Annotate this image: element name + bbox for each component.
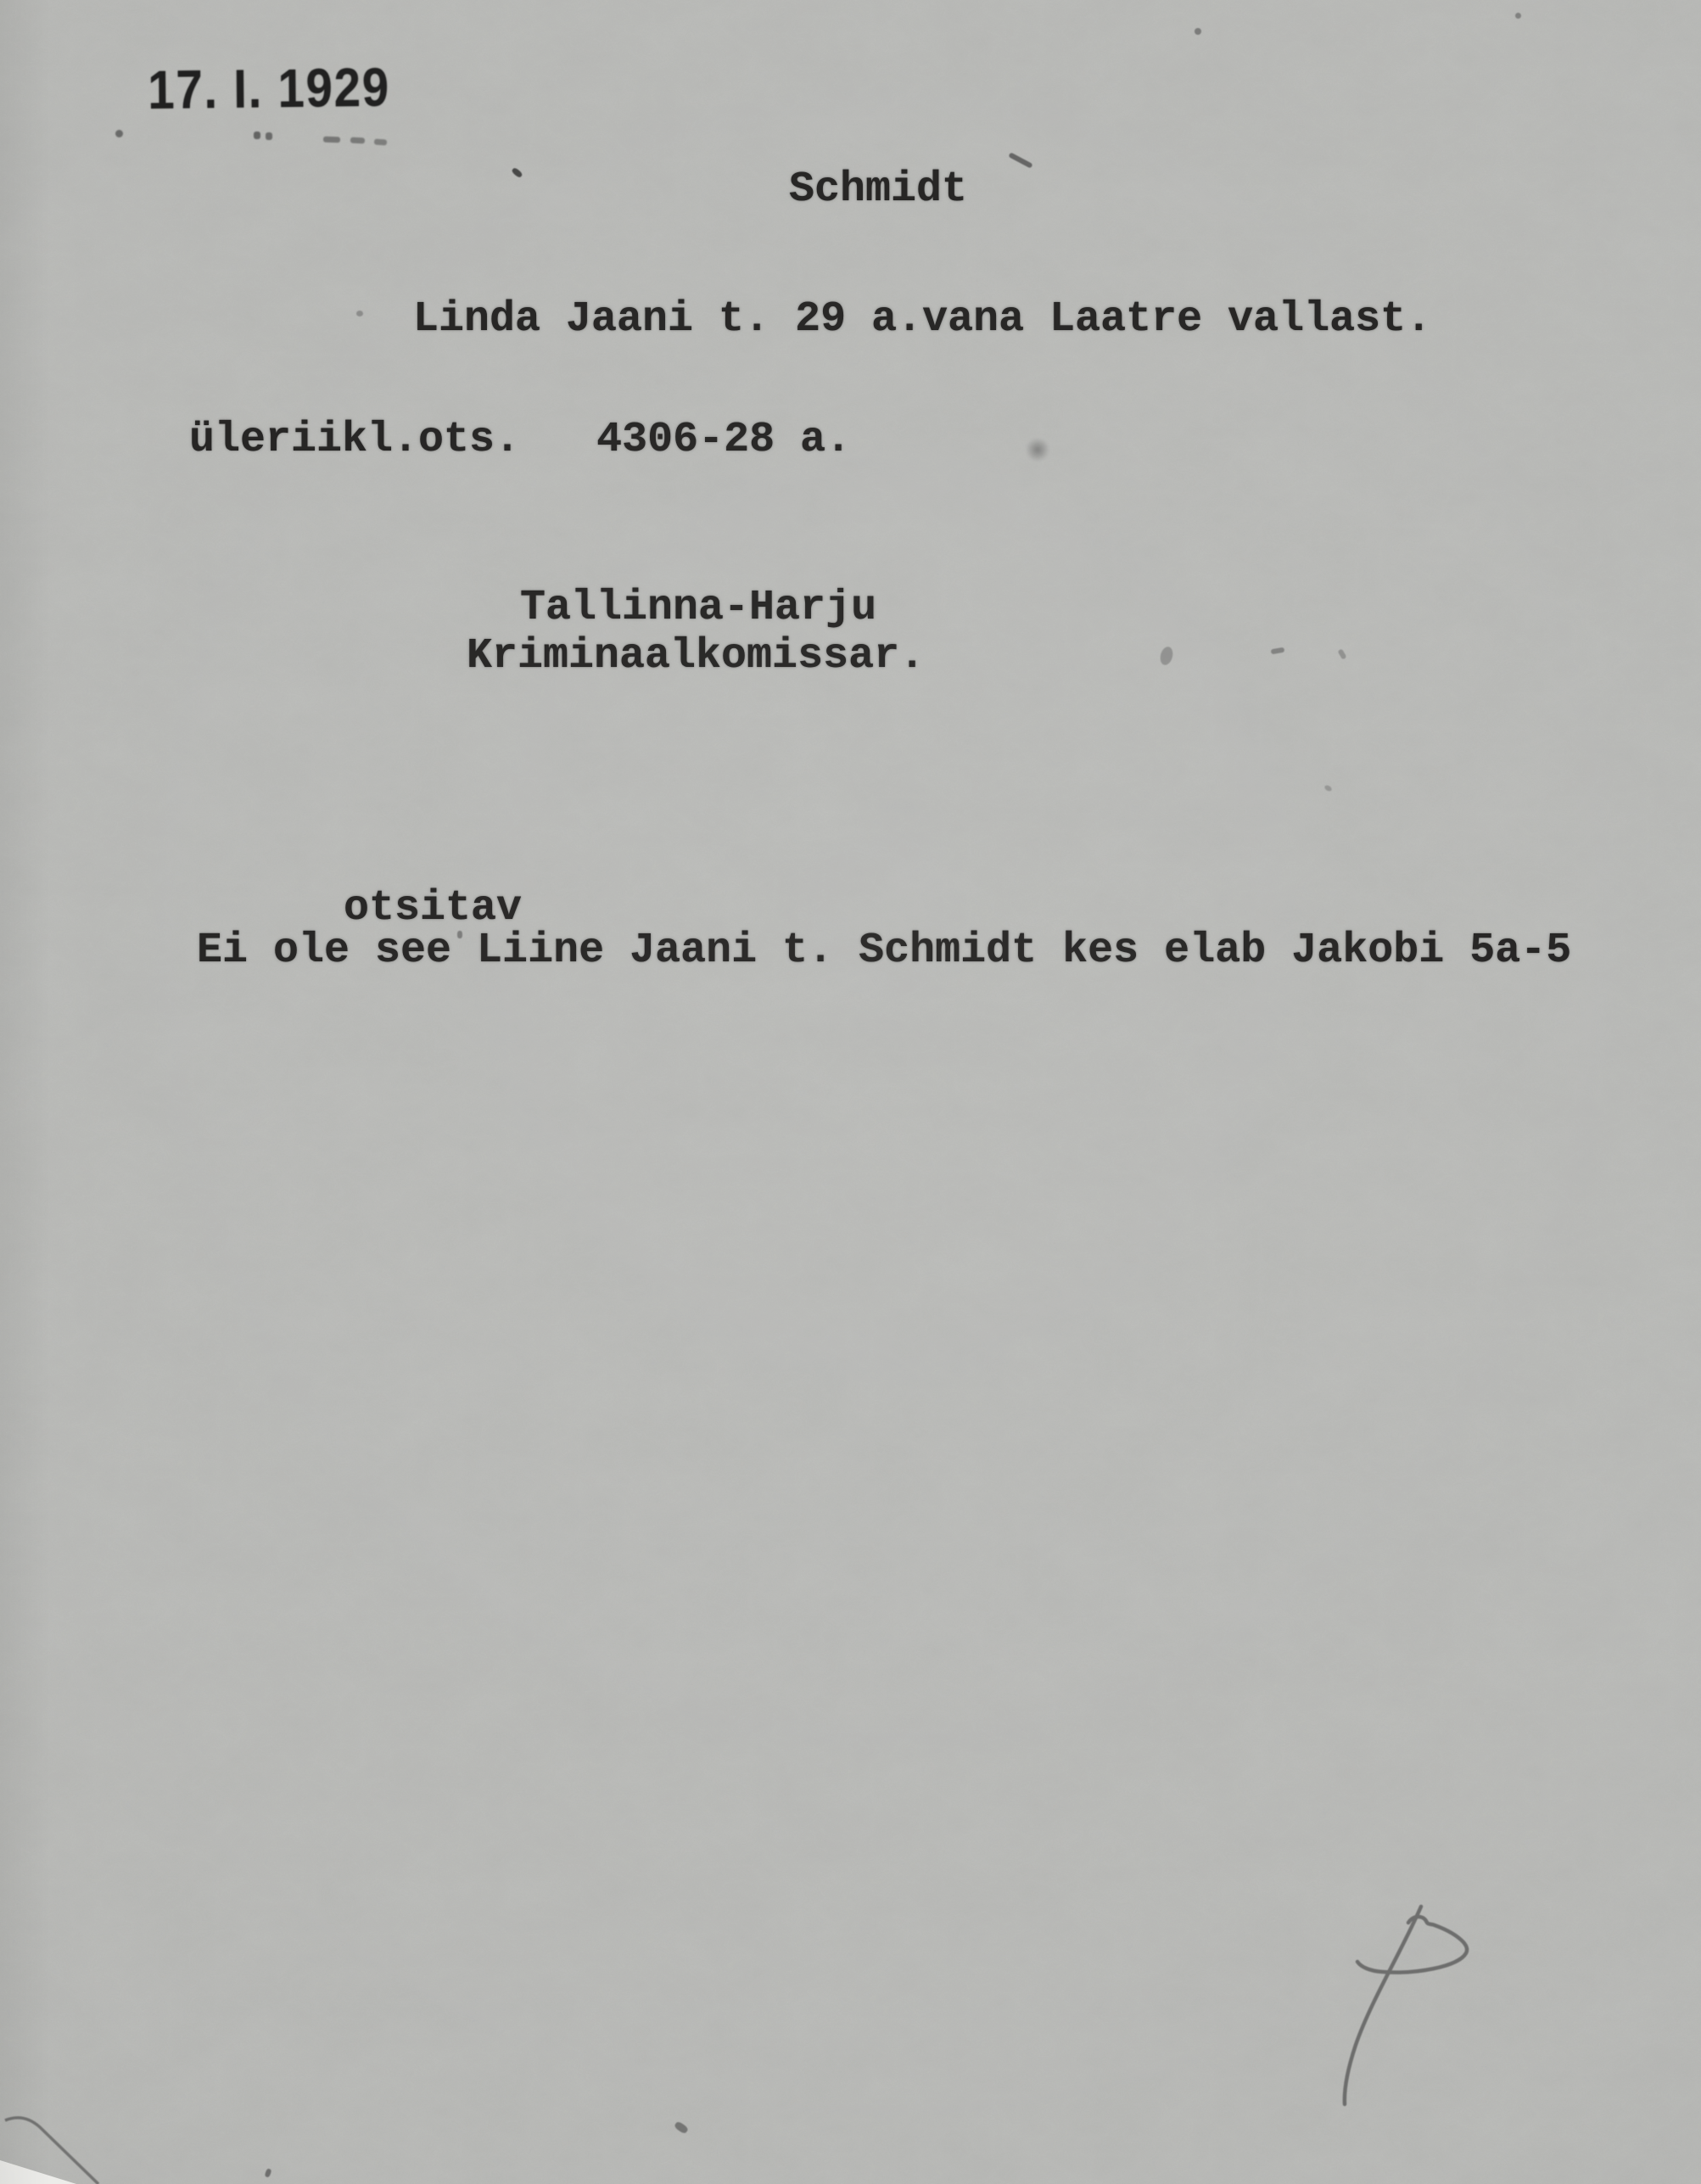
date-stamp: 17. I. 1929 — [148, 60, 390, 117]
stamp-residue-dash — [350, 137, 365, 144]
paper-smudge — [1025, 438, 1050, 462]
typewritten-line-office-1: Tallinna-Harju — [520, 587, 876, 630]
typewritten-line-search-ref: üleriikl.ots. 4306-28 a. — [189, 419, 851, 462]
stamp-residue-dot — [254, 132, 260, 139]
pencil-signature-mark — [1307, 1875, 1493, 2130]
typewritten-line-note-label: otsitav — [344, 888, 522, 930]
paper-speck — [356, 311, 363, 316]
paper-speck — [264, 2168, 271, 2177]
typewritten-line-office-2: Kriminaalkomissar. — [467, 636, 925, 678]
stamp-residue-dot — [115, 130, 123, 137]
page-corner-fold — [0, 2070, 178, 2184]
ink-fleck — [511, 167, 523, 179]
stamp-residue-dot — [266, 132, 272, 140]
paper-speck — [1337, 648, 1346, 659]
paper-speck — [1515, 13, 1521, 19]
typewritten-line-note: Ei ole see Liine Jaani t. Schmidt kes el… — [197, 930, 1571, 972]
stamp-residue-dash — [374, 138, 387, 145]
paper-speck — [674, 2120, 689, 2135]
typewritten-line-person: Linda Jaani t. 29 a.vana Laatre vallast. — [413, 299, 1431, 341]
paper-speck — [1158, 646, 1174, 667]
typewritten-line-surname: Schmidt — [789, 169, 967, 211]
ink-fleck — [1008, 152, 1032, 168]
stamp-residue-dash — [323, 137, 340, 143]
paper-speck — [457, 931, 462, 938]
scanned-document-page: 17. I. 1929 Schmidt Linda Jaani t. 29 a.… — [0, 0, 1701, 2184]
paper-speck — [1323, 784, 1333, 792]
paper-speck — [1271, 647, 1285, 655]
paper-speck — [1195, 28, 1201, 35]
